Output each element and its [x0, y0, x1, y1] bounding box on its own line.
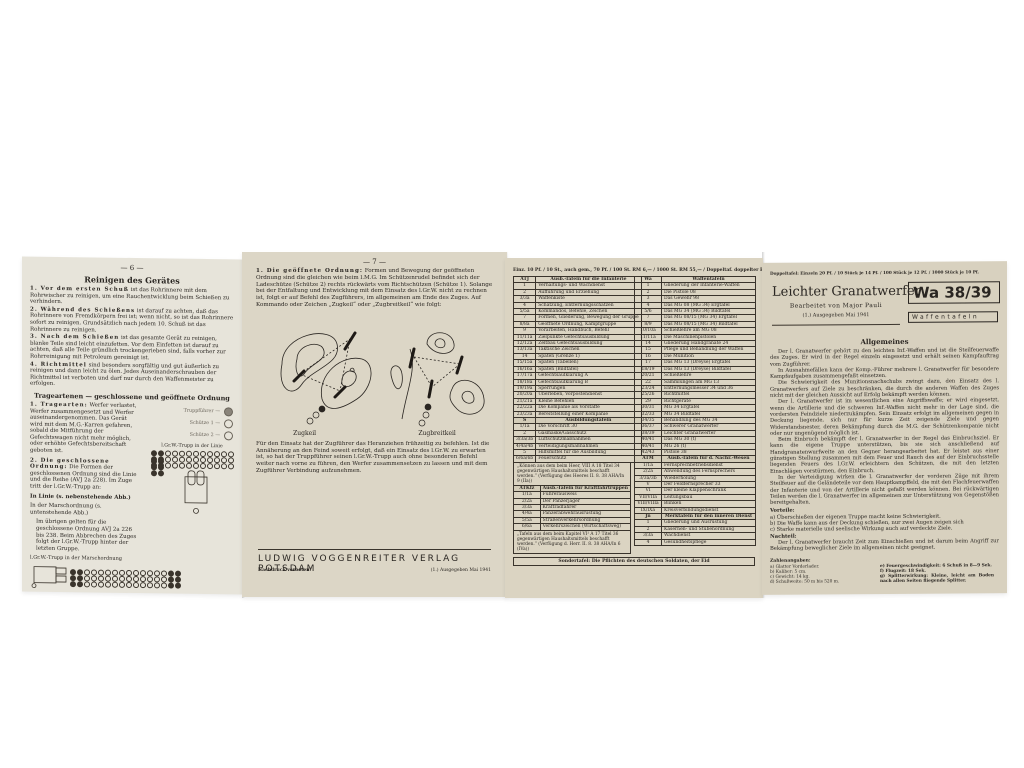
soldier-dot — [228, 463, 234, 469]
body-paragraph: Die Schwierigkeit des Munitionsnachschub… — [770, 379, 999, 399]
section-heading: Allgemeines — [762, 336, 1007, 347]
section-heading: Reinigen des Gerätes — [22, 273, 242, 286]
soldier-dot — [158, 462, 164, 468]
body-paragraph: In der Verteidigung wirken die l. Granat… — [770, 473, 999, 506]
table-code-cell: 21/21a — [514, 398, 536, 404]
table-header-cell: Ausb.-Tafeln für Kraftfahrtruppen — [540, 485, 630, 491]
body-paragraph: Der l. Granatwerfer ist im wesentlichen … — [770, 398, 999, 437]
author: Bearbeitet von Major Pauli — [772, 302, 900, 310]
open-order-item: 1. Die geöffnete Ordnung: Formen und Bew… — [256, 268, 493, 309]
table-code-cell: 19/19a — [514, 385, 536, 391]
table-title-cell: Gesundheitspflege — [662, 539, 756, 545]
soldier-dot — [77, 582, 83, 588]
table-code-cell: 15/15a — [514, 360, 536, 366]
table-row: ATMAusb.-Tafeln für d. Nachr.-Wesen — [635, 456, 756, 462]
table-title-cell: Merktafeln für den inneren Dienst — [662, 514, 756, 520]
cleaning-step: 2. Während des Schießens ist darauf zu a… — [30, 306, 236, 335]
table-header-row: ATKfzAusb.-Tafeln für Kraftfahrtruppen — [514, 485, 631, 491]
spec-item: g) Splitterwirkung: Kleine, leicht am Bo… — [880, 573, 994, 584]
soldier-dot — [126, 582, 132, 588]
page-number: — 6 — — [22, 262, 242, 273]
deployment-text: Für den Einsatz hat der Zugführer das He… — [256, 441, 493, 475]
table-code-cell: VIII/VIIIa — [635, 501, 662, 507]
soldier-dot — [105, 582, 111, 588]
soldier-symbol-icon — [224, 419, 233, 428]
soldier-dot — [112, 582, 118, 588]
legend-item: Schütze 2 — — [147, 430, 233, 440]
soldier-dot — [151, 462, 157, 468]
edition-date: (1.) Ausgegeben Mai 1941 — [431, 568, 491, 573]
section-heading: Trageartenen — geschlossene und geöffnet… — [22, 391, 242, 402]
catalog-page: Einz. 10 Pf. / 10 St., auch gem., 70 Pf.… — [505, 258, 763, 598]
table-code-cell: 13/13a — [514, 347, 536, 353]
diagram-label-zugbreitkeil: Zugbreitkeil — [418, 430, 456, 437]
formation-line-diagram — [147, 448, 237, 467]
table-code-cell: 4/4a/4b — [514, 443, 536, 449]
body-paragraph: Beim Einbruch bekämpft der l. Granatwerf… — [770, 435, 999, 474]
table-code-cell: 17/17a — [514, 373, 536, 379]
soldier-dot — [84, 582, 90, 588]
soldier-dot — [168, 583, 174, 589]
table-code-cell: 23/23a — [514, 411, 536, 417]
cart-side-diagram — [30, 563, 70, 590]
document-title: Leichter Granatwerfer — [772, 284, 921, 300]
body-paragraph: Der l. Granatwerfer gehört zu den leicht… — [770, 347, 999, 367]
table-code-cell: 4 — [635, 539, 662, 545]
edition-date: (1.) Ausgegeben Mai 1941 — [772, 312, 900, 319]
soldier-dot — [70, 582, 76, 588]
cleaning-step: 3. Nach dem Schießen ist das gesamte Ger… — [30, 334, 236, 363]
table-title-cell: Ausb.-Tafeln für die Infanterie — [536, 277, 641, 283]
formation-march-diagram — [70, 568, 182, 588]
table-title-cell: Formen, Gliederung, Bewegung der Gruppe — [536, 315, 641, 321]
table-code-cell: 6/6a/6b — [514, 456, 536, 462]
legend-item: Truppführer — — [147, 406, 233, 416]
table-title-cell: Ausb.-Tafeln für d. Nachr.-Wesen — [662, 456, 756, 462]
disadvantage-text: Der l. Granatwerfer braucht Zeit zum Ein… — [770, 538, 999, 552]
cleaning-step: 4. Richtmittel sind besonders sorgfältig… — [30, 361, 236, 390]
table-code-cell: 3/3a/3b — [514, 437, 536, 443]
atj-catalog: ATJAusb.-Tafeln für die Infanterie1Verha… — [513, 276, 631, 554]
soldier-dot — [151, 470, 157, 476]
table-title-cell: Pflege und Behandlung der Waffen — [662, 347, 756, 353]
leaflet-page-6: — 6 — Reinigen des Gerätes 1. Vor dem er… — [22, 256, 242, 594]
wa-catalog: WaWaffentafeln1Gliederung der Infanterie… — [634, 276, 756, 554]
soldier-dot — [133, 582, 139, 588]
table-code-cell: 12/12a — [514, 341, 536, 347]
table-code-cell: 20/20a — [514, 392, 536, 398]
divider — [772, 324, 900, 326]
leaflet-page-7: — 7 — 1. Die geöffnete Ordnung: Formen u… — [242, 252, 507, 597]
soldier-dot — [140, 582, 146, 588]
table-row: 4Gesundheitspflege — [635, 539, 756, 545]
table-title-cell: Feuerschutz — [536, 456, 641, 462]
soldier-dot — [175, 583, 181, 589]
table-code-badge: Wa 38/39 — [908, 281, 1000, 304]
note: „Können aus dem beim Heer, VIII A 18 Tit… — [513, 463, 631, 485]
cleaning-step: 1. Vor dem ersten Schuß ist das Rohrinne… — [30, 286, 236, 309]
table-title-cell: Verkehrszeichen (Wirtschaftsweg) — [540, 524, 630, 530]
note: „Tafeln aus dem beim Kapitel VI¹ A 17 Ti… — [513, 531, 631, 554]
diagram-label-zugkeil: Zugkeil — [293, 430, 316, 437]
soldier-dot — [98, 582, 104, 588]
spec-item: e) Feuergeschwindigkeit: 6 Schuß in 8—9 … — [880, 563, 994, 569]
price-line: Einz. 10 Pf. / 10 St., auch gem., 70 Pf.… — [513, 268, 757, 273]
legend-item: Schütze 1 — — [147, 418, 233, 428]
remaining-text: Im übrigen gelten für die geschlossene O… — [36, 519, 141, 553]
spec-item: d) Schußweite: 50 m bis 520 m. — [770, 579, 864, 585]
page-number: — 7 — — [242, 258, 507, 266]
table-code-cell: 16/16a — [514, 366, 536, 372]
reprint-notice: Nachdruck verboten! — [258, 568, 311, 573]
table-code-cell: 6/6a — [514, 524, 541, 530]
table-code-cell: 18/18a — [514, 379, 536, 385]
table-code-cell: 11/11a — [514, 334, 536, 340]
closed-order-item: 2. Die geschlossene Ordnung: Die Formen … — [30, 457, 141, 492]
in-marsch-label: In der Marschordnung (s. untenstehende A… — [30, 503, 141, 518]
soldier-symbol-icon — [224, 407, 233, 416]
soldier-dot — [154, 583, 160, 589]
cover-page: Doppeltafel: Einzeln 20 Pf. / 10 Stück j… — [762, 261, 1007, 595]
in-linie-label: In Linie (s. nebenstehende Abb.) — [30, 493, 141, 501]
table-row: 6/6aVerkehrszeichen (Wirtschaftsweg) — [514, 524, 631, 530]
price-line: Doppeltafel: Einzeln 20 Pf. / 10 Stück j… — [770, 269, 1001, 276]
soldier-symbol-icon — [224, 431, 233, 440]
special-note: Sondertafel: Die Pflichten des deutschen… — [513, 557, 755, 566]
cart-diagram — [167, 466, 227, 517]
soldier-dot — [91, 582, 97, 588]
formation-diagrams — [242, 309, 507, 434]
soldier-dot — [119, 582, 125, 588]
table-row: 6/6a/6bFeuerschutz — [514, 456, 642, 462]
divider — [258, 549, 491, 550]
series-badge: Waffentafeln — [908, 311, 998, 323]
soldier-dot — [158, 470, 164, 476]
soldier-dot — [147, 583, 153, 589]
trage-item: 1. Tragearten: Werfer verlastet, Werfer … — [30, 401, 141, 455]
table-code-cell: 22/22a — [514, 405, 536, 411]
soldier-dot — [161, 583, 167, 589]
